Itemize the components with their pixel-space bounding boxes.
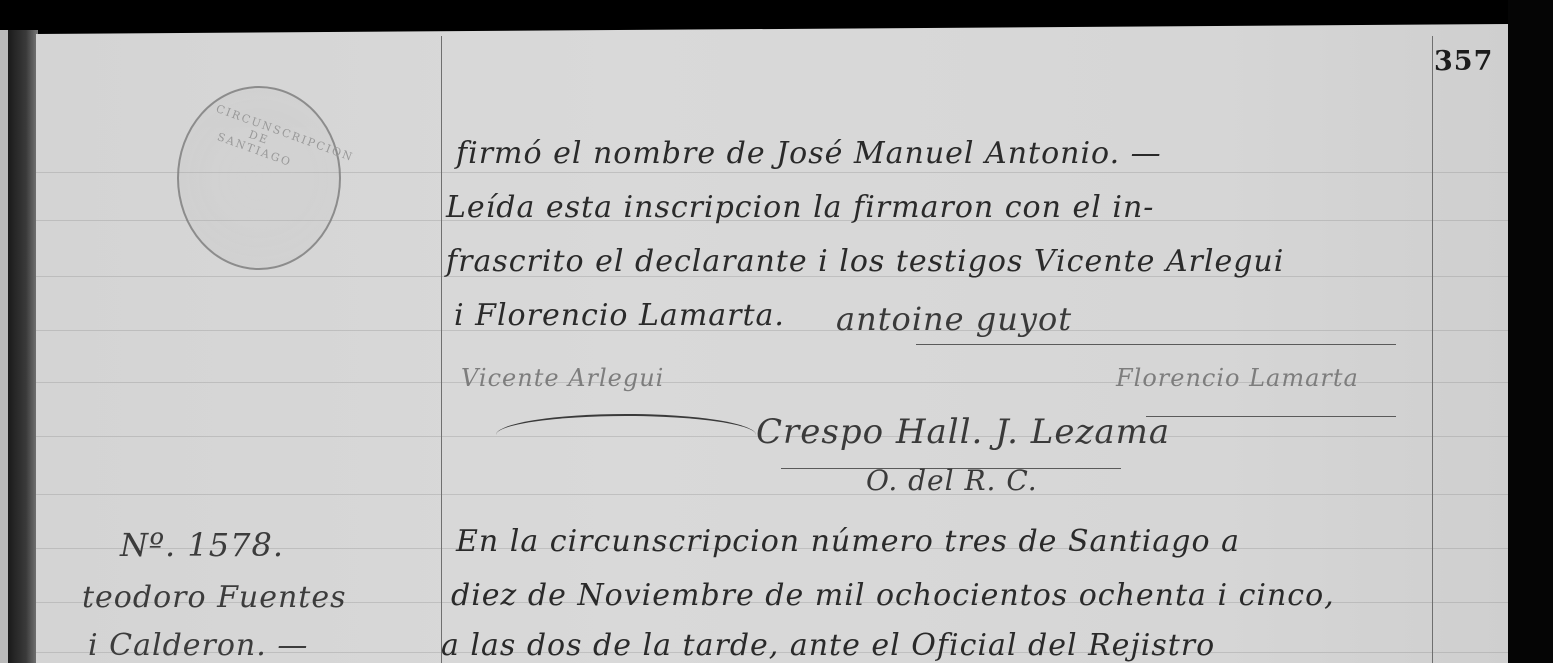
book-gutter (8, 30, 38, 663)
declarant-signature: antoine guyot (836, 300, 1072, 338)
next-entry-line-1: En la circunscripcion número tres de San… (456, 524, 1240, 559)
officer-signature: Crespo Hall. J. Lezama (756, 412, 1170, 452)
seal-text: CIRCUNSCRIPCION DE SANTIAGO (205, 102, 312, 173)
registry-page: 357 CIRCUNSCRIPCION DE SANTIAGO firmó el… (36, 24, 1508, 663)
officer-title: O. del R. C. (866, 464, 1038, 497)
ruled-line (36, 494, 1508, 495)
official-seal-stamp: CIRCUNSCRIPCION DE SANTIAGO (177, 86, 341, 270)
witness-signature-2: Florencio Lamarta (1116, 364, 1359, 392)
body-line-4: i Florencio Lamarta. (454, 298, 785, 333)
witness-signature-1: Vicente Arlegui (461, 364, 664, 392)
next-entry-line-2: diez de Noviembre de mil ochocientos och… (451, 578, 1335, 613)
right-margin-rule (1432, 36, 1433, 663)
signature-flourish-line (1146, 416, 1396, 417)
margin-name-line-1: teodoro Fuentes (82, 580, 347, 615)
left-margin-rule (441, 36, 442, 663)
signature-flourish-line (916, 344, 1396, 345)
body-line-1: firmó el nombre de José Manuel Antonio. … (456, 136, 1162, 171)
margin-entry-number: Nº. 1578. (120, 526, 284, 564)
body-line-2: Leída esta inscripcion la firmaron con e… (446, 190, 1154, 225)
margin-name-line-2: i Calderon. — (88, 628, 308, 663)
body-line-3: frascrito el declarante i los testigos V… (446, 244, 1284, 279)
page-number: 357 (1434, 46, 1493, 77)
scan-border-right (1508, 0, 1553, 663)
signature-flourish (496, 414, 756, 456)
adjacent-page-edge (0, 30, 8, 663)
next-entry-line-3: a las dos de la tarde, ante el Oficial d… (441, 628, 1215, 663)
